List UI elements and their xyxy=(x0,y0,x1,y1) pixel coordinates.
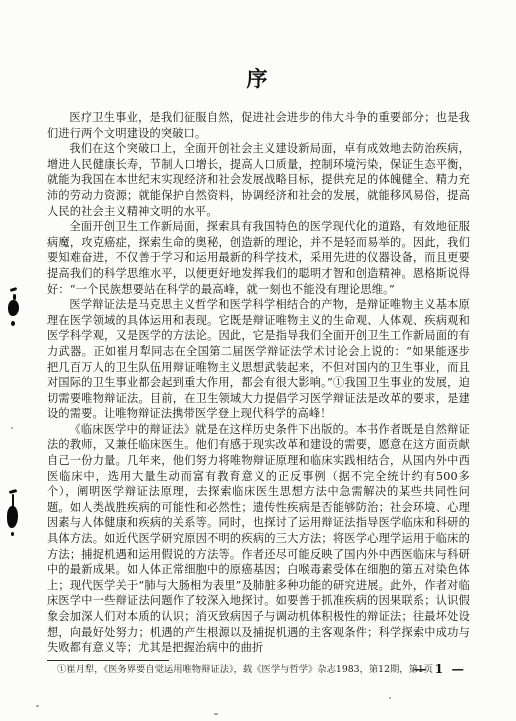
paragraph: 我们在这个突破口上，全面开创社会主义建设新局面，卓有成效地去防治疾病，增进人民健… xyxy=(47,141,470,219)
ink-blot xyxy=(8,300,19,316)
ink-speck xyxy=(214,713,218,715)
ink-blot xyxy=(11,532,14,536)
page-title: 序 xyxy=(0,63,516,93)
ink-speck xyxy=(389,697,391,699)
footnote: ①崔月犁，《医务界要自觉运用唯物辩证法》，载《医学与哲学》杂志1983，第12期… xyxy=(47,664,470,676)
footnote-area: ①崔月犁，《医务界要自觉运用唯物辩证法》，载《医学与哲学》杂志1983，第12期… xyxy=(47,660,470,676)
paragraph: 医疗卫生事业，是我们征服自然，促进社会进步的伟大斗争的重要部分；也是我们进行两个… xyxy=(47,110,470,141)
ink-speck xyxy=(36,705,39,707)
paragraph: 《临床医学中的辩证法》就是在这样历史条件下出版的。本书作者既是自然辩证法的教师，… xyxy=(47,422,470,656)
scanned-book-page: 序 医疗卫生事业，是我们征服自然，促进社会进步的伟大斗争的重要部分；也是我们进行… xyxy=(0,0,516,721)
footnote-divider xyxy=(47,660,169,661)
paragraph: 医学辩证法是马克思主义哲学和医学科学相结合的产物，是辩证唯物主义基本原理在医学领… xyxy=(47,297,470,422)
ink-speck xyxy=(11,427,13,429)
ink-blot xyxy=(11,321,15,326)
ink-blot xyxy=(7,506,18,528)
preface-body: 医疗卫生事业，是我们征服自然，促进社会进步的伟大斗争的重要部分；也是我们进行两个… xyxy=(47,110,470,656)
page-number: — 1 — xyxy=(414,661,466,676)
ink-blot xyxy=(10,287,18,292)
paragraph: 全面开创卫生工作新局面，探索具有我国特色的医学现代化的道路，有效地征服病魔，攻克… xyxy=(47,219,470,297)
